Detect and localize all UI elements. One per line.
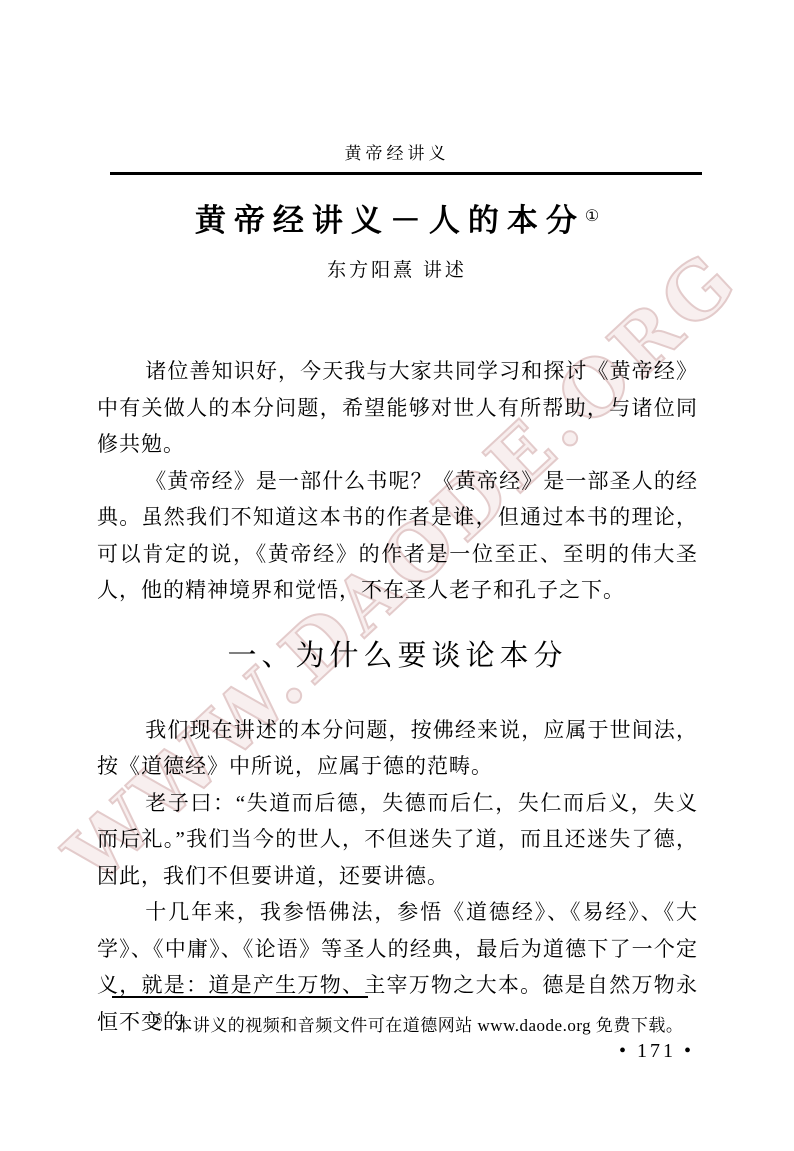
- footnote: ①本讲义的视频和音频文件可在道德网站 www.daode.org 免费下载。: [152, 1007, 712, 1039]
- running-header: 黄帝经讲义: [0, 139, 794, 164]
- footnote-text: 本讲义的视频和音频文件可在道德网站 www.daode.org 免费下载。: [175, 1016, 683, 1035]
- byline: 东方阳熹 讲述: [0, 255, 794, 282]
- document-page: WWW.DAODE.ORG 黄帝经讲义 黄帝经讲义－人的本分① 东方阳熹 讲述 …: [0, 0, 794, 1151]
- body-paragraph: 诸位善知识好，今天我与大家共同学习和探讨《黄帝经》中有关做人的本分问题，希望能够…: [97, 353, 698, 463]
- title-footnote-ref: ①: [585, 208, 599, 225]
- header-rule: [110, 172, 702, 175]
- page-title: 黄帝经讲义－人的本分①: [0, 195, 794, 240]
- section-heading: 一、为什么要谈论本分: [97, 636, 698, 676]
- body-paragraph: 老子曰：“失道而后德，失德而后仁，失仁而后义，失义而后礼。”我们当今的世人，不但…: [97, 785, 698, 895]
- body-paragraph: 我们现在讲述的本分问题，按佛经来说，应属于世间法，按《道德经》中所说，应属于德的…: [97, 712, 698, 785]
- footnote-mark: ①: [152, 1013, 163, 1027]
- footnote-rule: [112, 996, 368, 998]
- body-text: 诸位善知识好，今天我与大家共同学习和探讨《黄帝经》中有关做人的本分问题，希望能够…: [97, 353, 698, 1040]
- page-title-text: 黄帝经讲义－人的本分: [195, 203, 585, 238]
- page-number: • 171 •: [619, 1040, 694, 1063]
- body-paragraph: 《黄帝经》是一部什么书呢？《黄帝经》是一部圣人的经典。虽然我们不知道这本书的作者…: [97, 463, 698, 609]
